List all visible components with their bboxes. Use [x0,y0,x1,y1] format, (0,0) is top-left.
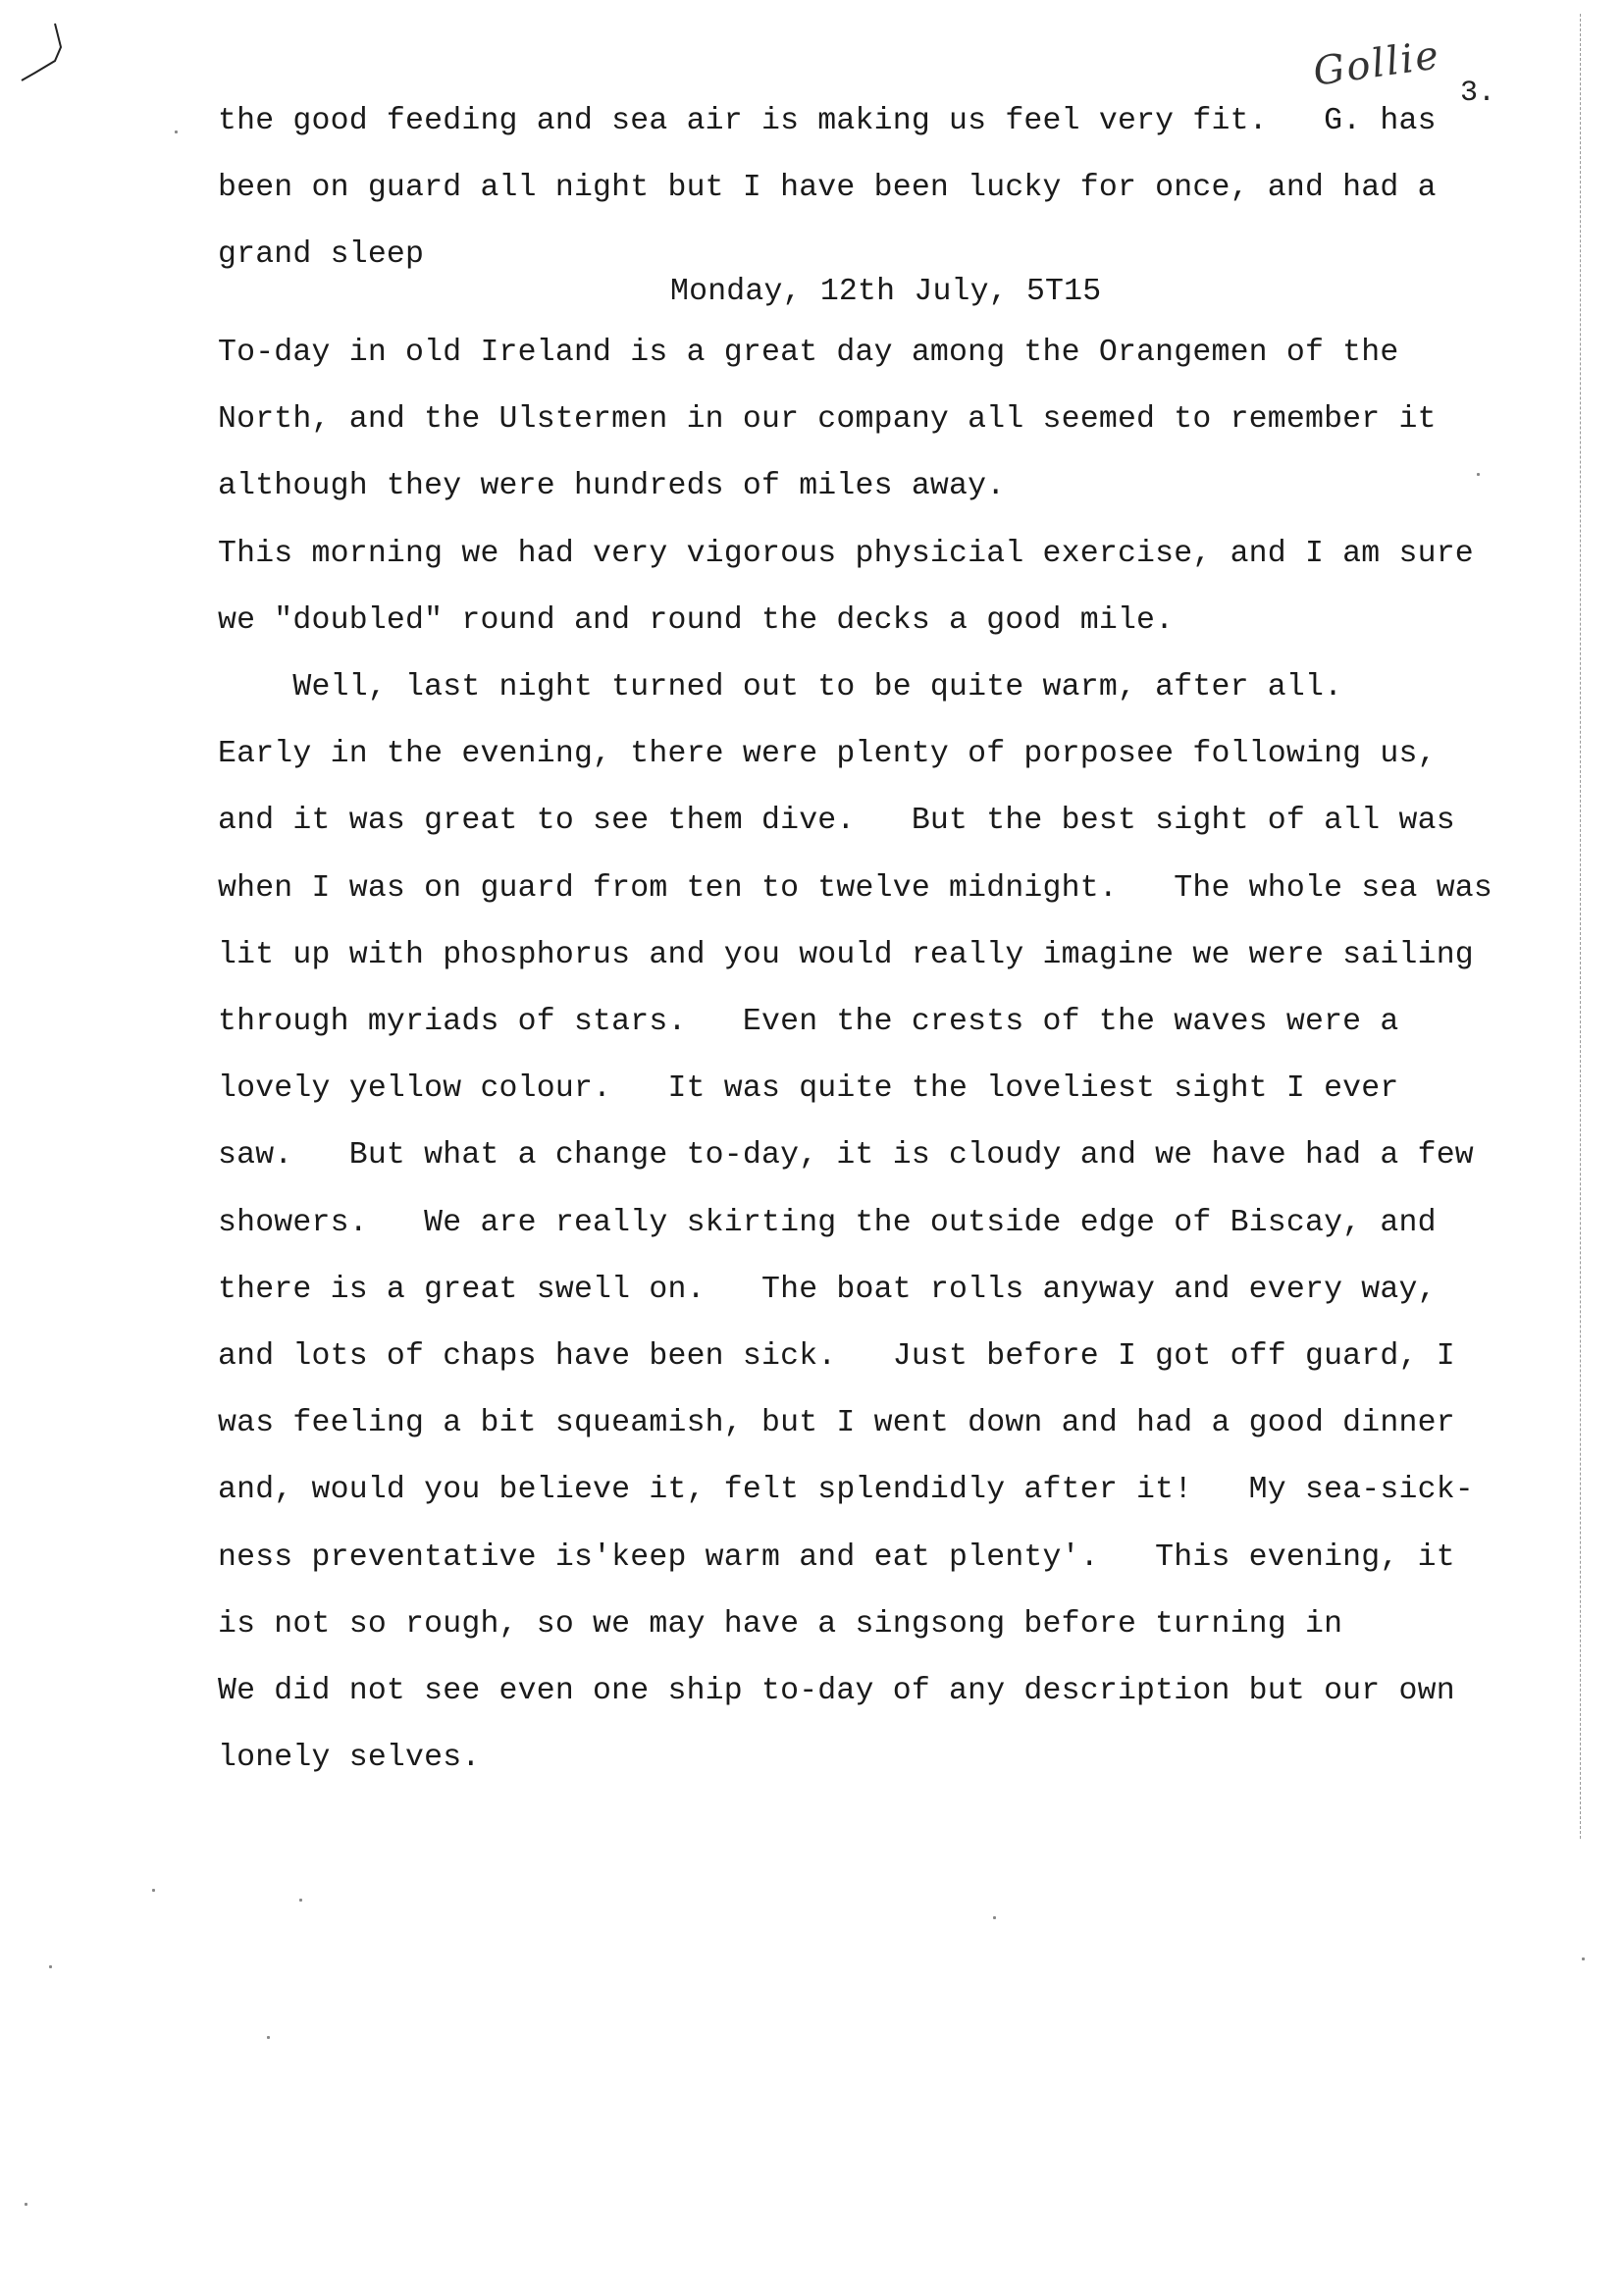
text-line: through myriads of stars. Even the crest… [218,1007,1399,1038]
margin-bracket-mark [18,22,67,82]
text-line: showers. We are really skirting the outs… [218,1208,1437,1239]
text-line: we "doubled" round and round the decks a… [218,605,1174,637]
page-edge-line [1580,14,1581,1839]
text-line: lonely selves. [218,1743,480,1774]
ink-speck [1582,1957,1585,1960]
ink-speck [299,1899,302,1902]
text-line: and, would you believe it, felt splendid… [218,1475,1474,1506]
text-line: lovely yellow colour. It was quite the l… [218,1073,1399,1105]
text-line: and it was great to see them dive. But t… [218,806,1455,837]
ink-speck [993,1916,996,1919]
text-line: lit up with phosphorus and you would rea… [218,940,1474,971]
text-line: Well, last night turned out to be quite … [218,672,1342,704]
ink-speck [1477,473,1480,476]
text-line: there is a great swell on. The boat roll… [218,1275,1437,1306]
text-line: been on guard all night but I have been … [218,173,1437,204]
ink-speck [25,2203,27,2206]
text-line: although they were hundreds of miles awa… [218,471,1005,502]
typed-letter-page: Gollie 3. the good feeding and sea air i… [0,0,1623,2296]
text-line: and lots of chaps have been sick. Just b… [218,1341,1455,1373]
text-line: Early in the evening, there were plenty … [218,739,1437,770]
ink-speck [267,2036,270,2039]
text-line: the good feeding and sea air is making u… [218,106,1437,137]
page-number: 3. [1460,77,1495,110]
text-line: was feeling a bit squeamish, but I went … [218,1408,1455,1439]
text-line: We did not see even one ship to-day of a… [218,1676,1455,1707]
text-line: grand sleep [218,239,424,271]
ink-speck [152,1889,155,1892]
ink-speck [175,130,178,133]
text-line: ness preventative is'keep warm and eat p… [218,1542,1455,1574]
text-line: To-day in old Ireland is a great day amo… [218,338,1399,369]
handwritten-annotation: Gollie [1310,32,1442,95]
ink-speck [49,1965,52,1968]
text-line: North, and the Ulstermen in our company … [218,404,1437,436]
text-line: This morning we had very vigorous physic… [218,539,1474,570]
text-line: is not so rough, so we may have a singso… [218,1609,1342,1641]
date-heading: Monday, 12th July, 5T15 [670,277,1101,308]
text-line: when I was on guard from ten to twelve m… [218,873,1492,905]
text-line: saw. But what a change to-day, it is clo… [218,1140,1474,1172]
